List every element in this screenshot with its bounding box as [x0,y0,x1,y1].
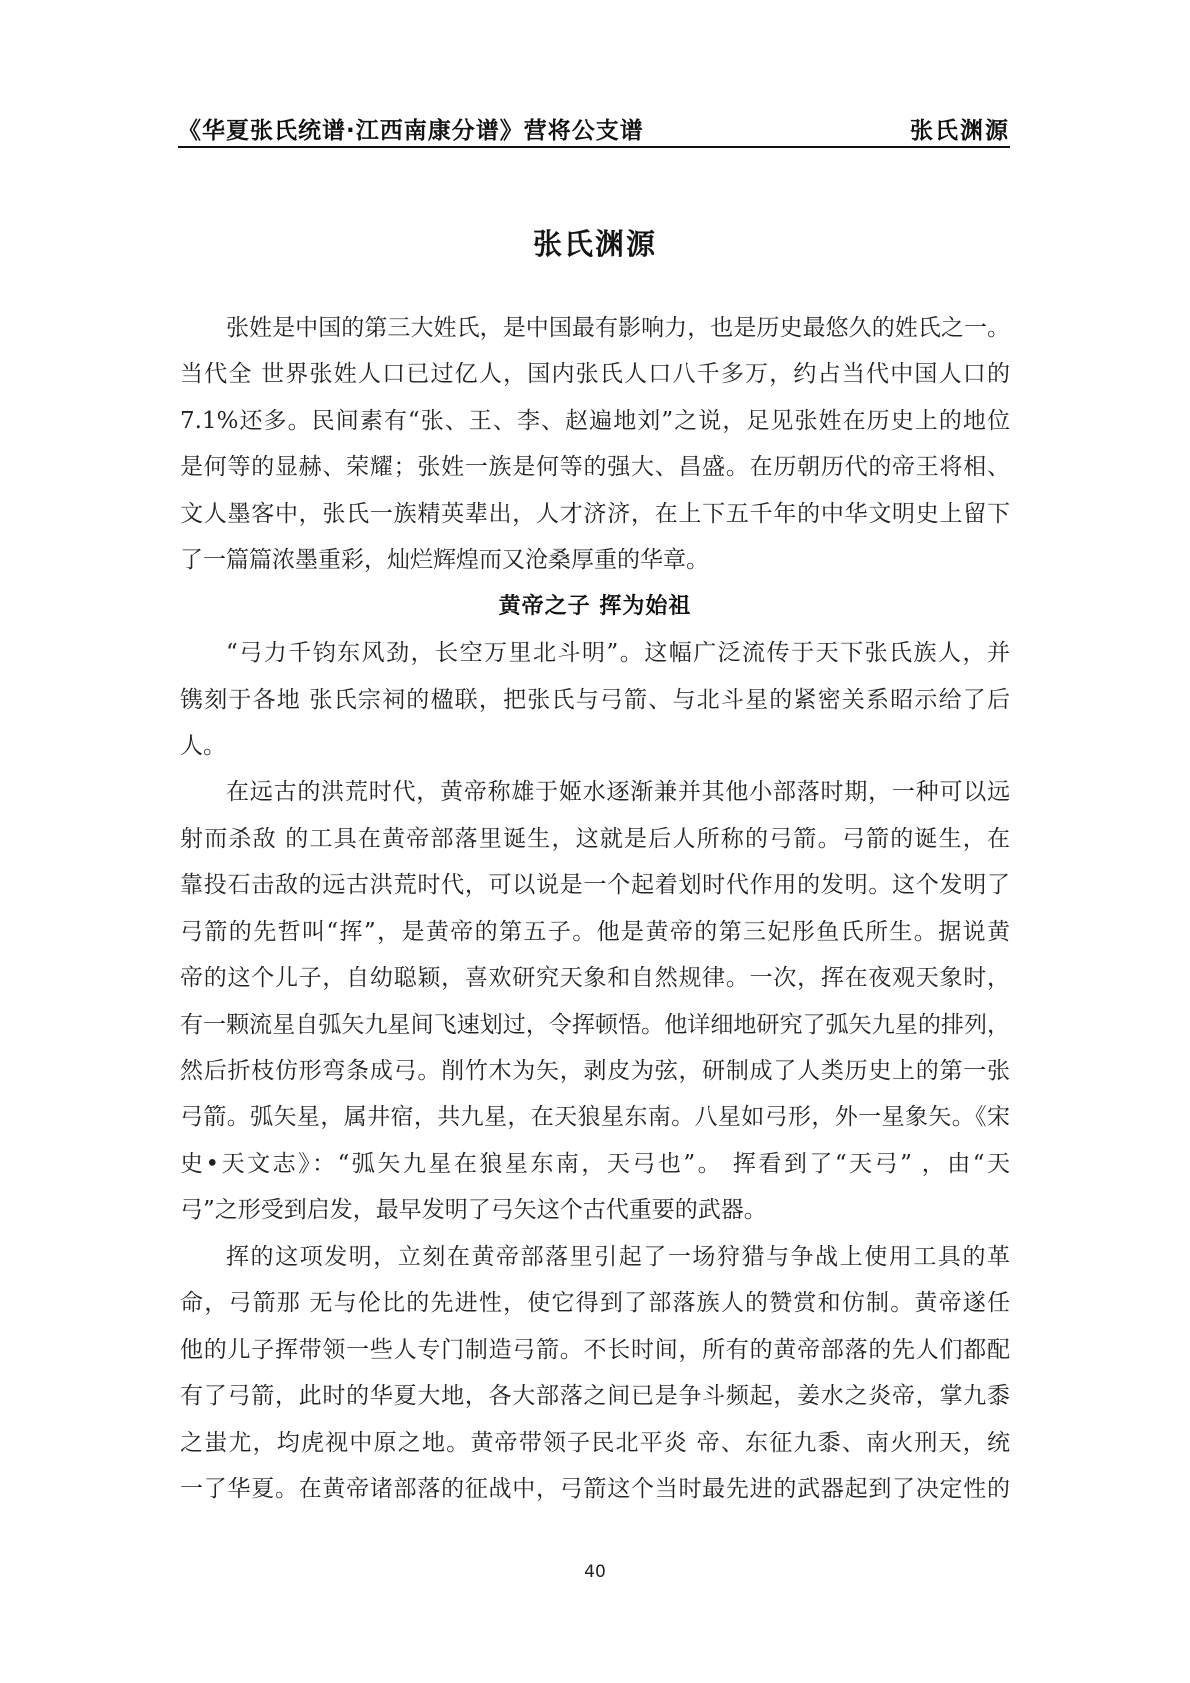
text-line: 弓箭的先哲叫“挥”，是黄帝的第五子。他是黄帝的第三妃彤鱼氏所生。据说黄 [180,909,1010,955]
header-book-title: 《华夏张氏统谱·江西南康分谱》营将公支谱 [178,112,644,145]
section-subheading: 黄帝之子 挥为始祖 [180,584,1010,630]
paragraph: 挥的这项发明，立刻在黄帝部落里引起了一场狩猎与争战上使用工具的革 命，弓箭那 无… [180,1234,1010,1513]
text-line: 靠投石击敌的远古洪荒时代，可以说是一个起着划时代作用的发明。这个发明了 [180,862,1010,908]
page-number: 40 [0,1562,1190,1582]
text-line: 当代全 世界张姓人口已过亿人，国内张氏人口八千多万，约占当代中国人口的 [180,351,1010,397]
paragraph: “弓力千钧东风劲，长空万里北斗明”。这幅广泛流传于天下张氏族人，并 镌刻于各地 … [180,630,1010,769]
text-line: 有了弓箭，此时的华夏大地，各大部落之间已是争斗频起，姜水之炎帝，掌九黍 [180,1373,1010,1419]
text-line: 7.1%还多。民间素有“张、王、李、赵遍地刘”之说，足见张姓在历史上的地位 [180,398,1010,444]
text-line: 弓”之形受到启发，最早发明了弓矢这个古代重要的武器。 [180,1187,1010,1233]
text-line: 他的儿子挥带领一些人专门制造弓箭。不长时间，所有的黄帝部落的先人们都配 [180,1327,1010,1373]
paragraph: 在远古的洪荒时代，黄帝称雄于姬水逐渐兼并其他小部落时期，一种可以远 射而杀敌 的… [180,769,1010,1233]
text-line: 有一颗流星自弧矢九星间飞速划过，令挥顿悟。他详细地研究了弧矢九星的排列， [180,1002,1010,1048]
page-title: 张氏渊源 [0,222,1190,263]
text-line: 之蚩尤，均虎视中原之地。黄帝带领子民北平炎 帝、东征九黍、南火刑天，统 [180,1420,1010,1466]
text-line: 一了华夏。在黄帝诸部落的征战中，弓箭这个当时最先进的武器起到了决定性的 [180,1466,1010,1512]
paragraph: 张姓是中国的第三大姓氏，是中国最有影响力，也是历史最悠久的姓氏之一。 当代全 世… [180,305,1010,584]
text-line: 弓箭。弧矢星，属井宿，共九星，在天狼星东南。八星如弓形，外一星象矢。《宋 [180,1094,1010,1140]
body-text: 张姓是中国的第三大姓氏，是中国最有影响力，也是历史最悠久的姓氏之一。 当代全 世… [180,305,1010,1512]
text-line: 然后折枝仿形弯条成弓。削竹木为矢，剥皮为弦，研制成了人类历史上的第一张 [180,1048,1010,1094]
text-line: 史•天文志》：“弧矢九星在狼星东南，天弓也”。 挥看到了“天弓” ，由“天 [180,1141,1010,1187]
running-header: 《华夏张氏统谱·江西南康分谱》营将公支谱 张氏渊源 [178,110,1010,148]
text-line: 挥的这项发明，立刻在黄帝部落里引起了一场狩猎与争战上使用工具的革 [180,1234,1010,1280]
text-line: 张姓是中国的第三大姓氏，是中国最有影响力，也是历史最悠久的姓氏之一。 [180,305,1010,351]
text-line: 帝的这个儿子，自幼聪颖，喜欢研究天象和自然规律。一次，挥在夜观天象时， [180,955,1010,1001]
text-line: “弓力千钧东风劲，长空万里北斗明”。这幅广泛流传于天下张氏族人，并 [180,630,1010,676]
text-line: 人。 [180,723,1010,769]
text-line: 射而杀敌 的工具在黄帝部落里诞生，这就是后人所称的弓箭。弓箭的诞生，在 [180,816,1010,862]
header-section-title: 张氏渊源 [910,112,1010,145]
text-line: 命，弓箭那 无与伦比的先进性，使它得到了部落族人的赞赏和仿制。黄帝遂任 [180,1280,1010,1326]
text-line: 了一篇篇浓墨重彩，灿烂辉煌而又沧桑厚重的华章。 [180,537,1010,583]
text-line: 文人墨客中，张氏一族精英辈出，人才济济，在上下五千年的中华文明史上留下 [180,491,1010,537]
text-line: 是何等的显赫、荣耀；张姓一族是何等的强大、昌盛。在历朝历代的帝王将相、 [180,444,1010,490]
text-line: 镌刻于各地 张氏宗祠的楹联，把张氏与弓箭、与北斗星的紧密关系昭示给了后 [180,677,1010,723]
text-line: 在远古的洪荒时代，黄帝称雄于姬水逐渐兼并其他小部落时期，一种可以远 [180,769,1010,815]
